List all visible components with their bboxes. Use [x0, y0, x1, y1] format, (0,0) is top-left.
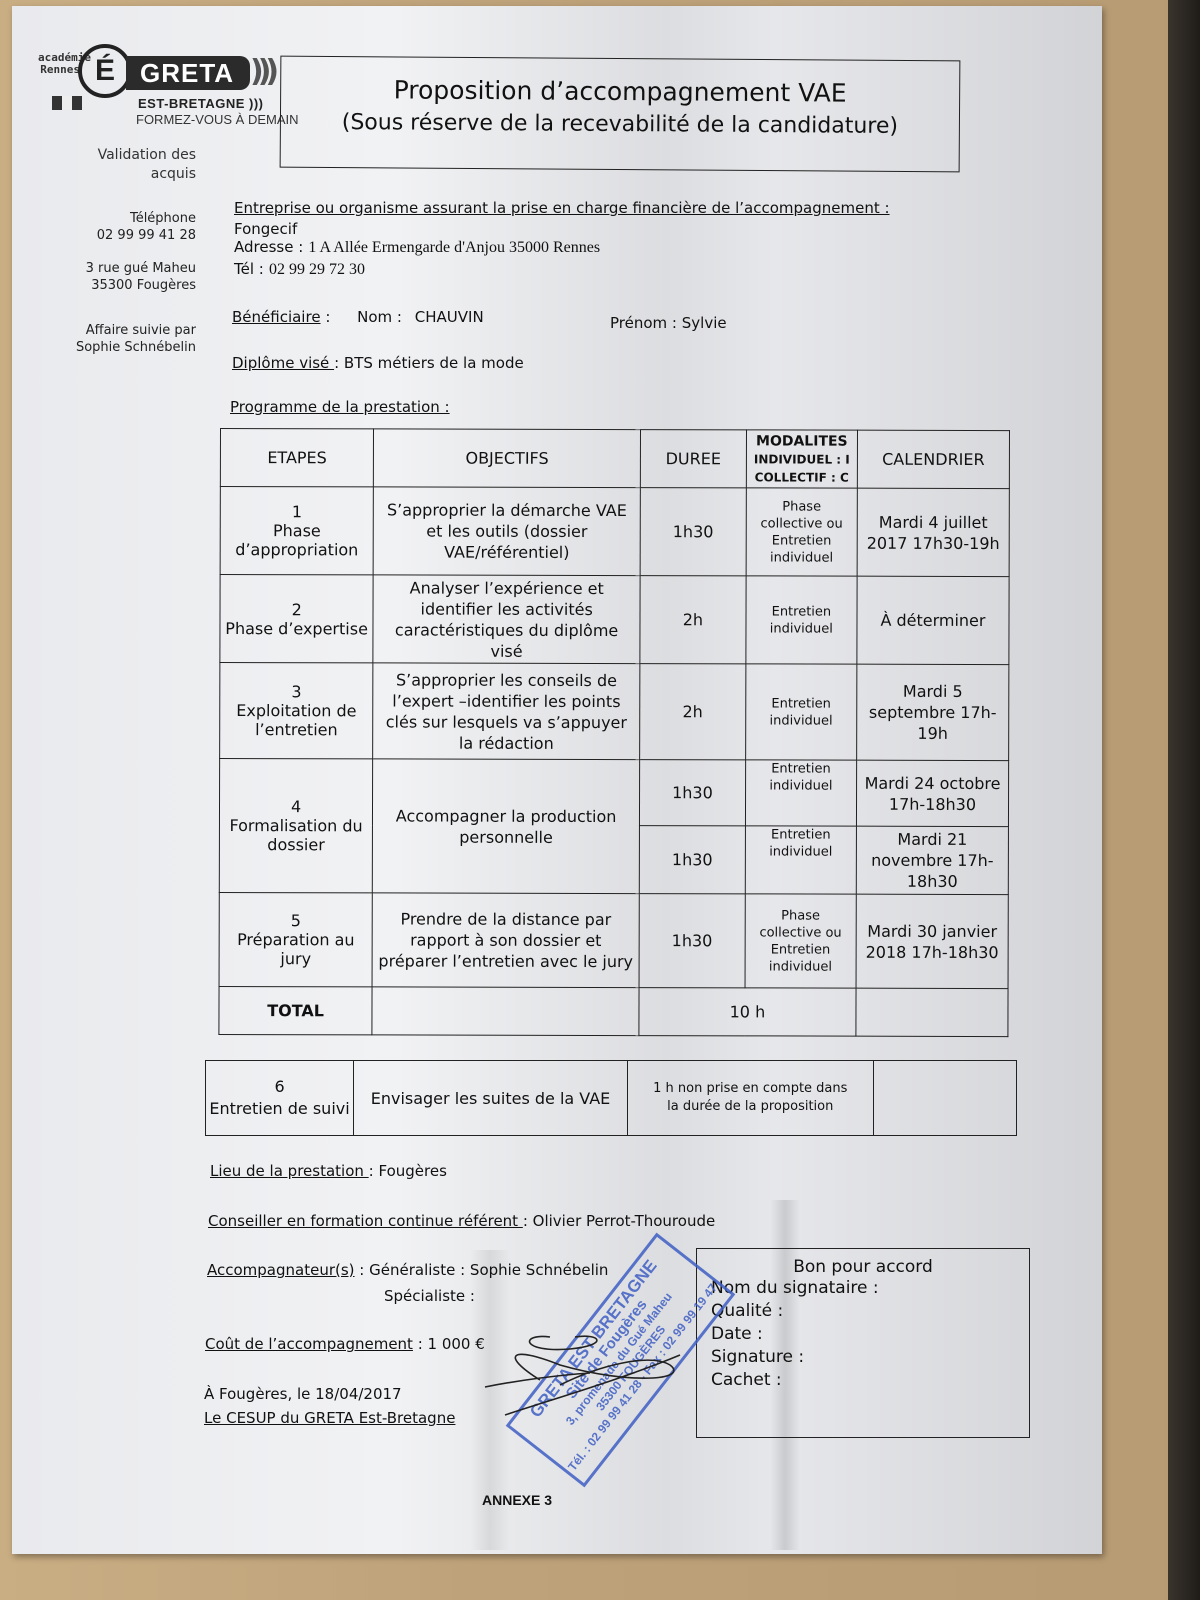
- followed-by-block: Affaire suivie par Sophie Schnébelin: [50, 322, 196, 356]
- service-line: Validation des: [50, 146, 196, 165]
- etape-cell: 1Phase d’appropriation: [220, 487, 374, 575]
- modalite-cell: Entretien individuel: [745, 760, 856, 826]
- etape-cell: 5Préparation au jury: [219, 892, 373, 986]
- cout-row: Coût de l’accompagnement : 1 000 €: [205, 1335, 485, 1353]
- annexe-label: ANNEXE 3: [482, 1492, 552, 1508]
- conseiller-value: : Olivier Perrot-Thouroude: [523, 1212, 715, 1230]
- prenom-label: Prénom :: [610, 314, 677, 332]
- duree-cell: 1h30: [639, 894, 745, 988]
- sender-sidebar: Validation des acquis Téléphone 02 99 99…: [50, 146, 196, 372]
- document-subtitle: (Sous réserve de la recevabilité de la c…: [281, 110, 959, 140]
- education-e-logo-icon: É: [78, 44, 132, 98]
- nom-value: CHAUVIN: [415, 308, 484, 326]
- cout-value: : 1 000 €: [413, 1335, 485, 1353]
- agreement-heading: Bon pour accord: [697, 1257, 1029, 1277]
- suivi-table: 6Entretien de suivi Envisager les suites…: [205, 1060, 1017, 1136]
- objectif-cell: Prendre de la distance par rapport à son…: [372, 893, 639, 988]
- duree-cell: 2h: [640, 664, 746, 760]
- logo-tagline: FORMEZ-VOUS À DEMAIN: [136, 112, 299, 127]
- funding-organism-row: Fongecif: [234, 210, 297, 238]
- lieu-row: Lieu de la prestation : Fougères: [210, 1162, 447, 1180]
- etape-number: 3: [224, 682, 368, 701]
- table-row: 5Préparation au jury Prendre de la dista…: [219, 892, 1008, 988]
- diploma-row: Diplôme visé : BTS métiers de la mode: [232, 354, 524, 372]
- modalites-individuel: INDIVIDUEL : I: [751, 450, 853, 468]
- etape-name: Formalisation du dossier: [224, 816, 368, 854]
- address-block: 3 rue gué Maheu 35300 Fougères: [50, 260, 196, 294]
- republique-flag-icon: [52, 96, 82, 110]
- header-objectifs: OBJECTIFS: [374, 429, 641, 488]
- service-name: Validation des acquis: [50, 146, 196, 184]
- modalite-cell: Entretien individuel: [745, 826, 856, 894]
- agreement-box: Bon pour accord Nom du signataire : Qual…: [696, 1248, 1030, 1438]
- funding-address-row: Adresse : 1 A Allée Ermengarde d'Anjou 3…: [234, 237, 600, 257]
- table-row: 6Entretien de suivi Envisager les suites…: [206, 1061, 1017, 1136]
- header-duree: DUREE: [640, 430, 746, 488]
- header-etapes: ETAPES: [220, 429, 373, 487]
- signatory: Le CESUP du GRETA Est-Bretagne: [204, 1409, 455, 1427]
- modalite-cell: Entretien individuel: [745, 664, 856, 760]
- funding-heading-text: Entreprise ou organisme assurant la pris…: [234, 199, 890, 217]
- programme-table: ETAPES OBJECTIFS DUREE MODALITES INDIVID…: [218, 428, 1010, 1037]
- etape-number: 1: [225, 502, 369, 521]
- diploma-value: BTS métiers de la mode: [344, 354, 524, 372]
- etape-number: 6: [207, 1076, 352, 1098]
- etape-name: Exploitation de l’entretien: [224, 701, 368, 739]
- total-empty-cell: [856, 988, 1008, 1036]
- duree-cell: 1 h non prise en compte dans la durée de…: [627, 1061, 873, 1136]
- lieu-label: Lieu de la prestation: [210, 1162, 369, 1180]
- objectif-cell: Envisager les suites de la VAE: [354, 1061, 628, 1136]
- header-calendrier: CALENDRIER: [857, 430, 1009, 488]
- calendrier-cell: Mardi 5 septembre 17h-19h: [857, 664, 1009, 760]
- duree-cell: 1h30: [639, 760, 745, 826]
- conseiller-row: Conseiller en formation continue référen…: [208, 1212, 715, 1230]
- greta-brand-logo: GRETA: [126, 56, 250, 90]
- total-empty-cell: [372, 987, 639, 1036]
- accompagnateur-label: Accompagnateur(s): [207, 1261, 355, 1279]
- calendrier-cell: Mardi 21 novembre 17h-18h30: [856, 826, 1008, 894]
- etape-name: Entretien de suivi: [207, 1098, 352, 1120]
- signatory-row: Le CESUP du GRETA Est-Bretagne: [204, 1409, 455, 1427]
- table-row: 2Phase d’expertise Analyser l’expérience…: [220, 575, 1009, 665]
- agreement-field: Qualité :: [711, 1300, 1029, 1323]
- calendrier-cell: Mardi 24 octobre 17h-18h30: [856, 760, 1008, 826]
- funding-tel-row: Tél : 02 99 29 72 30: [234, 259, 365, 279]
- duree-cell: 1h30: [640, 488, 746, 576]
- etape-number: 5: [224, 911, 368, 930]
- table-row: 3Exploitation de l’entretien S’approprie…: [220, 663, 1009, 761]
- total-value: 10 h: [639, 988, 856, 1037]
- funding-heading: Entreprise ou organisme assurant la pris…: [234, 199, 890, 217]
- address-line: 3 rue gué Maheu: [50, 260, 196, 277]
- modalites-collectif: COLLECTIF : C: [751, 468, 853, 486]
- etape-cell: 4Formalisation du dossier: [219, 759, 373, 893]
- beneficiary-label: Bénéficiaire: [232, 308, 321, 326]
- calendrier-cell: À déterminer: [857, 576, 1009, 664]
- duree-cell: 1h30: [639, 826, 745, 894]
- table-row: 4Formalisation du dossier Accompagner la…: [219, 759, 1008, 827]
- table-header-row: ETAPES OBJECTIFS DUREE MODALITES INDIVID…: [220, 429, 1009, 489]
- accompagnateur-value: : Généraliste : Sophie Schnébelin: [355, 1261, 609, 1279]
- header-modalites: MODALITES INDIVIDUEL : I COLLECTIF : C: [746, 430, 857, 488]
- beneficiary-row: Bénéficiaire : Nom : CHAUVIN: [232, 308, 484, 326]
- place-date: À Fougères, le 18/04/2017: [204, 1385, 402, 1403]
- phone-label: Téléphone: [50, 210, 196, 227]
- programme-label-text: Programme de la prestation :: [230, 398, 450, 416]
- conseiller-label: Conseiller en formation continue référen…: [208, 1212, 523, 1230]
- accompagnateur-row: Accompagnateur(s) : Généraliste : Sophie…: [207, 1261, 608, 1279]
- separator: :: [334, 354, 339, 372]
- total-label: TOTAL: [219, 986, 372, 1034]
- followed-by-name: Sophie Schnébelin: [50, 339, 196, 356]
- calendrier-cell: [873, 1061, 1016, 1136]
- objectif-cell: S’approprier les conseils de l’expert –i…: [373, 663, 640, 760]
- etape-name: Phase d’appropriation: [225, 521, 369, 559]
- phone-number: 02 99 99 41 28: [50, 227, 196, 244]
- cout-label: Coût de l’accompagnement: [205, 1335, 413, 1353]
- table-row: 1Phase d’appropriation S’approprier la d…: [220, 487, 1009, 577]
- objectif-cell: Accompagner la production personnelle: [373, 759, 640, 894]
- modalite-cell: Phase collective ou Entretien individuel: [745, 894, 856, 988]
- funding-organism: Fongecif: [234, 220, 297, 238]
- diploma-label: Diplôme visé: [232, 354, 334, 372]
- background-wood-edge: [1168, 0, 1200, 1600]
- funding-address: 1 A Allée Ermengarde d'Anjou 35000 Renne…: [308, 239, 600, 256]
- etape-cell: 2Phase d’expertise: [220, 575, 374, 663]
- address-label: Adresse :: [234, 238, 303, 256]
- separator: :: [321, 308, 331, 326]
- service-line: acquis: [50, 165, 196, 184]
- duree-cell: 2h: [640, 576, 746, 664]
- calendrier-cell: Mardi 30 janvier 2018 17h-18h30: [856, 894, 1008, 988]
- nom-label: Nom :: [357, 308, 402, 326]
- document-title-box: Proposition d’accompagnement VAE (Sous r…: [280, 56, 961, 173]
- address-line: 35300 Fougères: [50, 277, 196, 294]
- etape-cell: 6Entretien de suivi: [206, 1061, 354, 1136]
- specialiste-label: Spécialiste :: [384, 1287, 475, 1305]
- phone-block: Téléphone 02 99 99 41 28: [50, 210, 196, 244]
- modalites-title: MODALITES: [751, 432, 853, 450]
- programme-label: Programme de la prestation :: [230, 398, 450, 416]
- prenom-value: Sylvie: [682, 314, 727, 332]
- etape-number: 2: [225, 600, 369, 619]
- document-title: Proposition d’accompagnement VAE: [281, 75, 959, 109]
- modalite-cell: Entretien individuel: [746, 576, 857, 664]
- etape-number: 4: [224, 797, 368, 816]
- calendrier-cell: Mardi 4 juillet 2017 17h30-19h: [857, 488, 1009, 576]
- agreement-field: Nom du signataire :: [711, 1277, 1029, 1300]
- academie-rennes-logo: académie Rennes: [38, 52, 80, 76]
- followed-label: Affaire suivie par: [50, 322, 196, 339]
- logo-region: EST-BRETAGNE ))): [138, 96, 263, 111]
- chevrons-icon: ))): [250, 54, 273, 89]
- handwritten-signature-icon: [480, 1325, 700, 1425]
- etape-name: Préparation au jury: [224, 930, 368, 968]
- lieu-value: : Fougères: [369, 1162, 447, 1180]
- table-total-row: TOTAL 10 h: [219, 986, 1008, 1036]
- tel-label: Tél :: [234, 260, 264, 278]
- modalite-cell: Phase collective ou Entretien individuel: [746, 488, 857, 576]
- etape-cell: 3Exploitation de l’entretien: [220, 663, 374, 759]
- agreement-field: Date :: [711, 1323, 1029, 1346]
- etape-name: Phase d’expertise: [224, 619, 368, 638]
- objectif-cell: Analyser l’expérience et identifier les …: [373, 575, 640, 664]
- agreement-field: Signature :: [711, 1346, 1029, 1369]
- objectif-cell: S’approprier la démarche VAE et les outi…: [373, 487, 640, 576]
- agreement-field: Cachet :: [711, 1369, 1029, 1392]
- prenom-row: Prénom : Sylvie: [610, 314, 727, 332]
- funding-tel: 02 99 29 72 30: [269, 261, 365, 278]
